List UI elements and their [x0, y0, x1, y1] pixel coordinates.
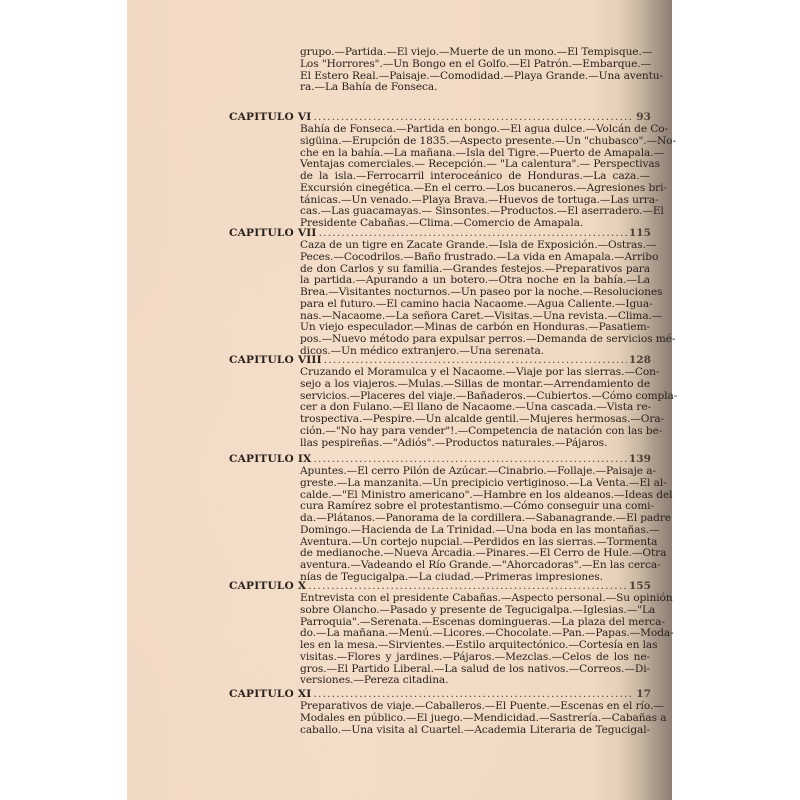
text-line: Bahía de Fonseca.—Partida en bongo.—El a…	[300, 124, 650, 136]
text-line: de la isla.—Ferrocarril interoceánico de…	[300, 171, 650, 183]
text-line: Los "Horrores".—Un Bongo en el Golfo.—El…	[300, 59, 650, 71]
text-line: visitas.—Flores y jardines.—Pájaros.—Mez…	[300, 652, 650, 664]
text-line: sigüina.—Erupción de 1835.—Aspecto prese…	[300, 136, 650, 148]
page-number: 155	[629, 580, 651, 592]
chapter-summary-viii: Cruzando el Moramulca y el Nacaome.—Viaj…	[300, 367, 650, 449]
text-line: Apuntes.—El cerro Pilón de Azúcar.—Cinab…	[300, 466, 650, 478]
text-line: les en la mesa.—Sirvientes.—Estilo arqui…	[300, 640, 650, 652]
chapter-title: CAPITULO IX	[229, 453, 311, 465]
dot-leader: ........................................…	[313, 688, 634, 700]
text-line: trospectiva.—Pespire.—Un alcalde gentil.…	[300, 414, 650, 426]
text-line: ra.—La Bahía de Fonseca.	[300, 82, 650, 94]
text-line: Domingo.—Hacienda de La Trinidad.—Una bo…	[300, 525, 650, 537]
dot-leader: ........................................…	[313, 453, 626, 465]
text-line: grupo.—Partida.—El viejo.—Muerte de un m…	[300, 47, 650, 59]
page-number: 17	[636, 688, 651, 700]
text-line: caballo.—Una visita al Cuartel.—Academia…	[300, 725, 650, 737]
text-line: Preparativos de viaje.—Caballeros.—El Pu…	[300, 701, 650, 713]
text-line: Modales en público.—El juego.—Mendicidad…	[300, 713, 650, 725]
chapter-title: CAPITULO VIII	[229, 354, 322, 366]
text-line: Entrevista con el presidente Cabañas.—As…	[300, 593, 650, 605]
chapter-title: CAPITULO X	[229, 580, 306, 592]
text-line: greste.—La manzanita.—Un precipicio vert…	[300, 478, 650, 490]
chapter-summary-vii: Caza de un tigre en Zacate Grande.—Isla …	[300, 240, 650, 358]
toc-entry-capitulo-xi: CAPITULO XI ............................…	[229, 688, 651, 700]
chapter-title: CAPITULO VI	[229, 111, 311, 123]
text-line: llas pespireñas.—"Adiós".—Productos natu…	[300, 438, 650, 450]
dot-leader: ........................................…	[319, 227, 627, 239]
text-line: Brea.—Visitantes nocturnos.—Un paseo por…	[300, 287, 650, 299]
chapter-summary-ix: Apuntes.—El cerro Pilón de Azúcar.—Cinab…	[300, 466, 650, 584]
intro-text-block: grupo.—Partida.—El viejo.—Muerte de un m…	[300, 47, 650, 94]
text-line: Cruzando el Moramulca y el Nacaome.—Viaj…	[300, 367, 650, 379]
text-line: versiones.—Pereza citadina.	[300, 675, 650, 687]
toc-entry-capitulo-ix: CAPITULO IX ............................…	[229, 453, 651, 465]
text-line: Excursión cinegética.—En el cerro.—Los b…	[300, 183, 650, 195]
text-line: da.—Plátanos.—Panorama de la cordillera.…	[300, 513, 650, 525]
dot-leader: ........................................…	[308, 580, 627, 592]
chapter-summary-vi: Bahía de Fonseca.—Partida en bongo.—El a…	[300, 124, 650, 230]
chapter-title: CAPITULO XI	[229, 688, 311, 700]
chapter-summary-x: Entrevista con el presidente Cabañas.—As…	[300, 593, 650, 687]
page-number: 128	[629, 354, 651, 366]
text-line: Peces.—Cocodrilos.—Baño frustrado.—La vi…	[300, 252, 650, 264]
text-line: ción.—"No hay para vender"!.—Competencia…	[300, 426, 650, 438]
page-number: 93	[636, 111, 651, 123]
toc-entry-capitulo-vii: CAPITULO VII ...........................…	[229, 227, 651, 239]
dot-leader: ........................................…	[313, 111, 634, 123]
text-line: para el futuro.—El camino hacia Nacaome.…	[300, 299, 650, 311]
page-number: 139	[629, 453, 651, 465]
page-number: 115	[629, 227, 651, 239]
toc-entry-capitulo-vi: CAPITULO VI ............................…	[229, 111, 651, 123]
chapter-title: CAPITULO VII	[229, 227, 317, 239]
text-line: Caza de un tigre en Zacate Grande.—Isla …	[300, 240, 650, 252]
text-line: sobre Olancho.—Pasado y presente de Tegu…	[300, 605, 650, 617]
text-line: sejo a los viajeros.—Mulas.—Sillas de mo…	[300, 379, 650, 391]
dot-leader: ........................................…	[324, 354, 627, 366]
toc-entry-capitulo-viii: CAPITULO VIII ..........................…	[229, 354, 651, 366]
text-line: aventura.—Vadeando el Río Grande.—"Ahorc…	[300, 560, 650, 572]
text-line: pos.—Nuevo método para expulsar perros.—…	[300, 334, 650, 346]
toc-entry-capitulo-x: CAPITULO X .............................…	[229, 580, 651, 592]
chapter-summary-xi: Preparativos de viaje.—Caballeros.—El Pu…	[300, 701, 650, 736]
